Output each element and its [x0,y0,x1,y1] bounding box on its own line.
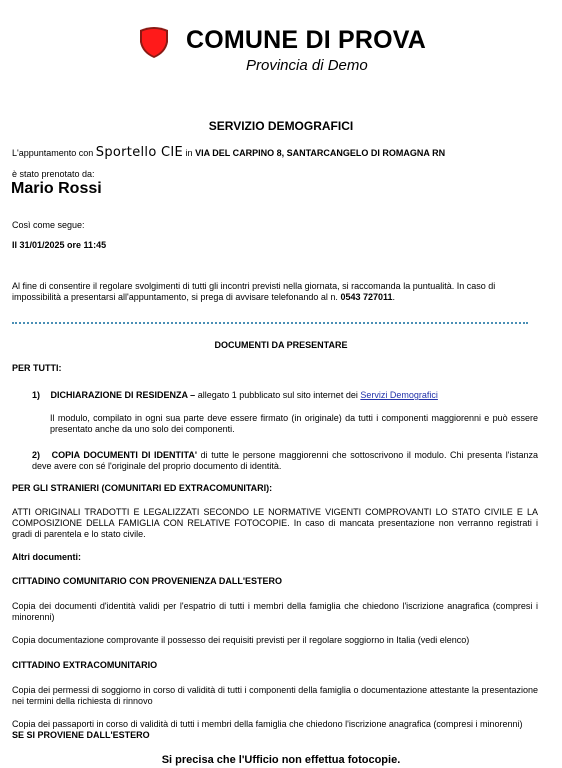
documents-heading: DOCUMENTI DA PRESENTARE [0,340,562,350]
foreigners-text: ATTI ORIGINALI TRADOTTI E LEGALIZZATI SE… [12,507,538,540]
booked-by-label: è stato prenotato da: [12,169,95,179]
item-title: DICHIARAZIONE DI RESIDENZA – [51,390,196,400]
servizi-demografici-link[interactable]: Servizi Demografici [360,390,438,400]
non-eu-item: Copia dei permessi di soggiorno in corso… [12,685,538,707]
punctuality-notice: Al fine di consentire il regolare svolgi… [12,281,538,303]
municipality-title: COMUNE DI PROVA [186,26,426,55]
document-item-2: 2) COPIA DOCUMENTI DI IDENTITA' di tutte… [32,450,538,472]
document-item-1-note: Il modulo, compilato in ogni sua parte d… [50,413,538,435]
footer-note: Si precisa che l'Ufficio non effettua fo… [0,754,562,766]
eu-item: Copia documentazione comprovante il poss… [12,635,538,646]
province-subtitle: Provincia di Demo [246,57,368,74]
person-name: Mario Rossi [11,180,102,198]
dotted-separator [12,322,528,324]
non-eu-suffix: SE SI PROVIENE DALL'ESTERO [12,730,150,740]
appointment-prefix: L'appuntamento con [12,148,93,158]
eu-item: Copia dei documenti d'identità validi pe… [12,601,538,623]
non-eu-heading: CITTADINO EXTRACOMUNITARIO [12,660,157,670]
eu-heading: CITTADINO COMUNITARIO CON PROVENIENZA DA… [12,576,282,586]
phone-number: 0543 727011 [340,292,392,302]
appointment-datetime: Il 31/01/2025 ore 11:45 [12,240,106,250]
in-label: in [186,148,193,158]
for-all-label: PER TUTTI: [12,363,62,373]
shield-icon [136,24,172,60]
address: VIA DEL CARPINO 8, SANTARCANGELO DI ROMA… [195,148,445,158]
appointment-line: L'appuntamento con Sportello CIE in VIA … [12,145,445,160]
item-title: COPIA DOCUMENTI DI IDENTITA' [52,450,197,460]
document-item-1: 1) DICHIARAZIONE DI RESIDENZA – allegato… [32,390,538,401]
desk-name: Sportello CIE [96,145,183,160]
non-eu-item: Copia dei passaporti in corso di validit… [12,719,538,730]
other-docs-label: Altri documenti: [12,552,81,562]
as-follows-label: Così come segue: [12,220,85,230]
foreigners-label: PER GLI STRANIERI (COMUNITARI ED EXTRACO… [12,483,272,493]
service-title: SERVIZIO DEMOGRAFICI [0,119,562,133]
